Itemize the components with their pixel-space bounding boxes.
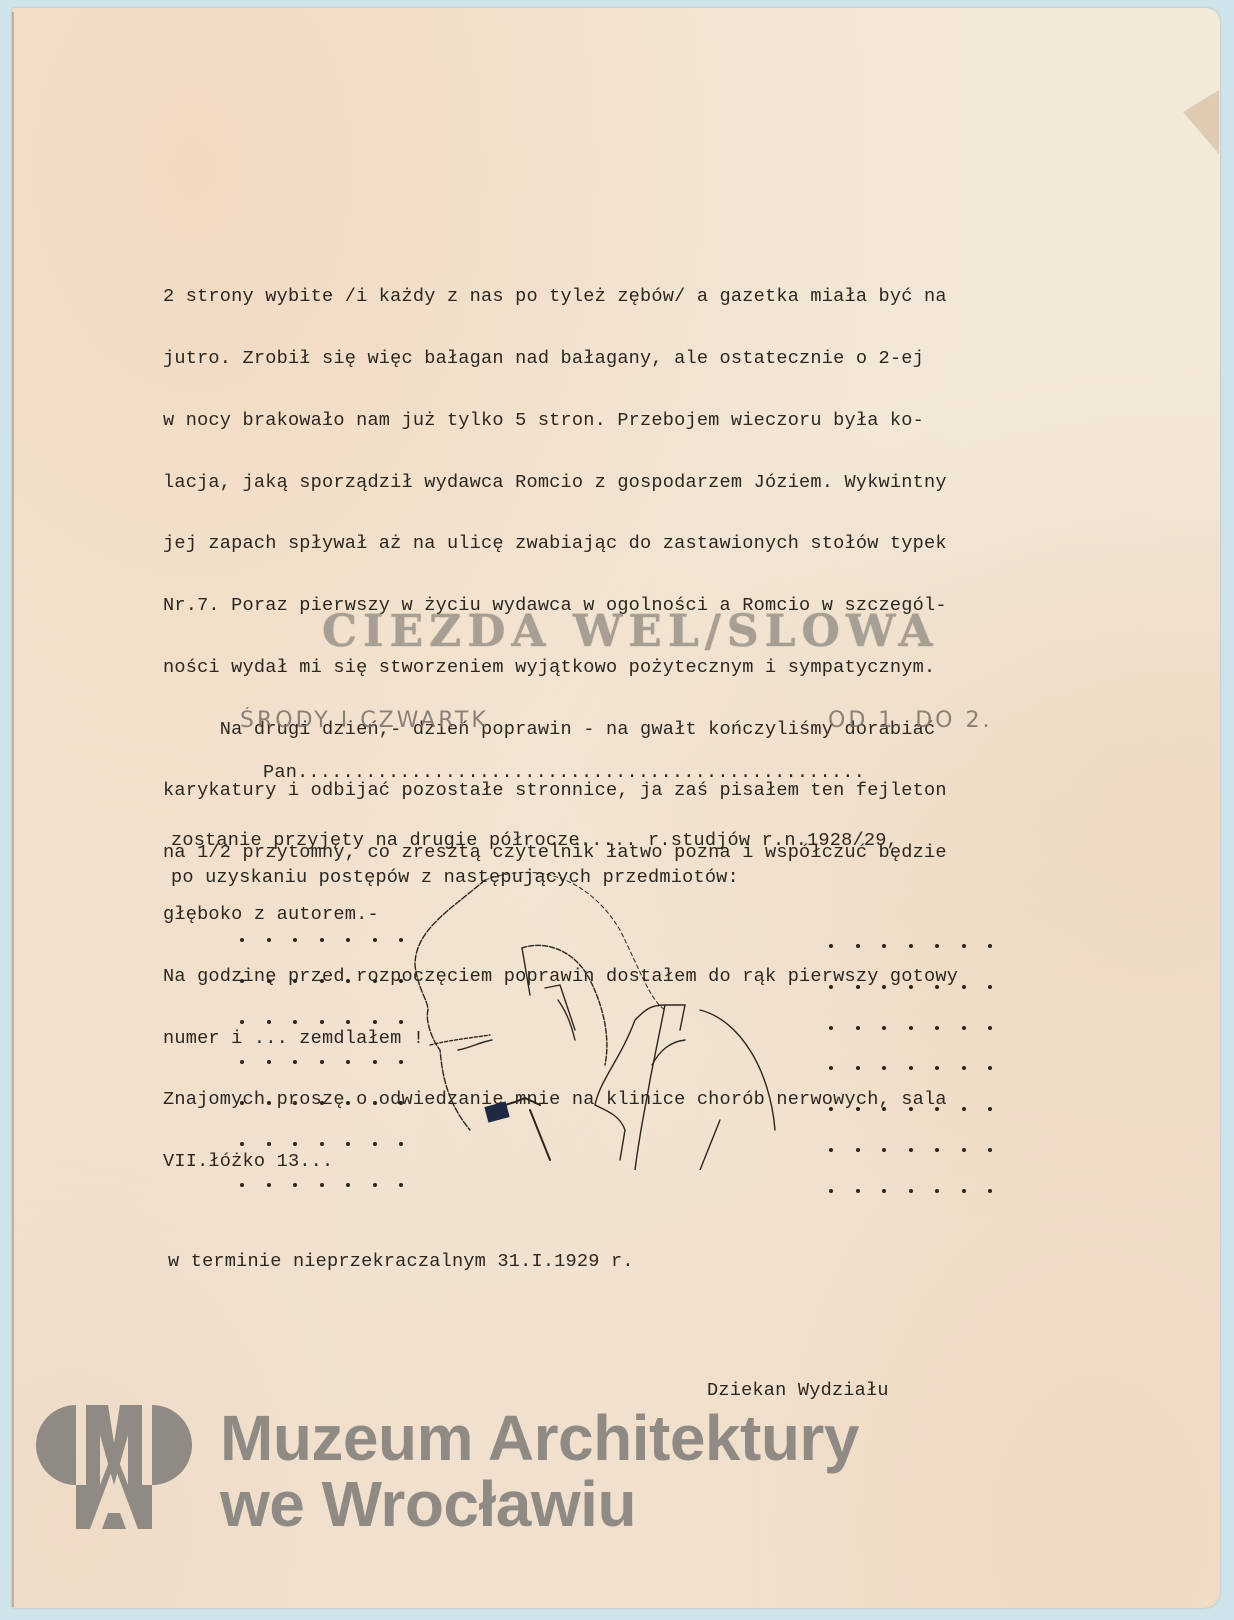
dot-row bbox=[829, 1107, 1015, 1148]
dot-row bbox=[829, 1189, 1015, 1230]
paper-tear bbox=[1183, 90, 1219, 154]
text-line: w nocy brakowało nam już tylko 5 stron. … bbox=[163, 411, 958, 432]
dot-row bbox=[829, 1148, 1015, 1189]
text-line: karykatury i odbijać pozostałe stronnice… bbox=[163, 781, 958, 802]
dot-row bbox=[240, 1183, 426, 1224]
deadline-line: w terminie nieprzekraczalnym 31.I.1929 r… bbox=[168, 1251, 634, 1272]
museum-name: Muzeum Architektury we Wrocławiu bbox=[220, 1405, 859, 1537]
accepted-line: zostanie przyjęty na drugie półrocze....… bbox=[171, 830, 898, 851]
dot-row bbox=[829, 1026, 1015, 1067]
text-line: jej zapach spływał aż na ulicę zwabiając… bbox=[163, 534, 958, 555]
dot-row bbox=[829, 944, 1015, 985]
text-line: lacja, jaką sporządził wydawca Romcio z … bbox=[163, 473, 958, 494]
dot-row bbox=[829, 1066, 1015, 1107]
stamp-hours: OD 1. DO 2. bbox=[828, 708, 992, 733]
museum-name-line2: we Wrocławiu bbox=[220, 1471, 859, 1537]
museum-logo-icon bbox=[36, 1405, 192, 1529]
dot-row bbox=[829, 985, 1015, 1026]
dean-signature-label: Dziekan Wydziału bbox=[707, 1380, 889, 1401]
page-edge-shadow bbox=[12, 12, 14, 1607]
text-line: 2 strony wybite /i każdy z nas po tyleż … bbox=[163, 287, 958, 308]
caricature-sketch bbox=[380, 870, 800, 1170]
stamp-days: ŚRODY I CZWARTK bbox=[240, 708, 489, 733]
museum-watermark: Muzeum Architektury we Wrocławiu bbox=[36, 1405, 859, 1537]
subject-dots-right bbox=[829, 944, 1015, 1230]
text-line: ności wydał mi się stworzeniem wyjątkowo… bbox=[163, 658, 958, 679]
text-line: jutro. Zrobił się więc bałagan nad bałag… bbox=[163, 349, 958, 370]
stamp-title: CIEZDA WEL/SLOWA bbox=[322, 606, 939, 657]
pan-line: Pan.....................................… bbox=[263, 762, 865, 783]
museum-name-line1: Muzeum Architektury bbox=[220, 1405, 859, 1471]
